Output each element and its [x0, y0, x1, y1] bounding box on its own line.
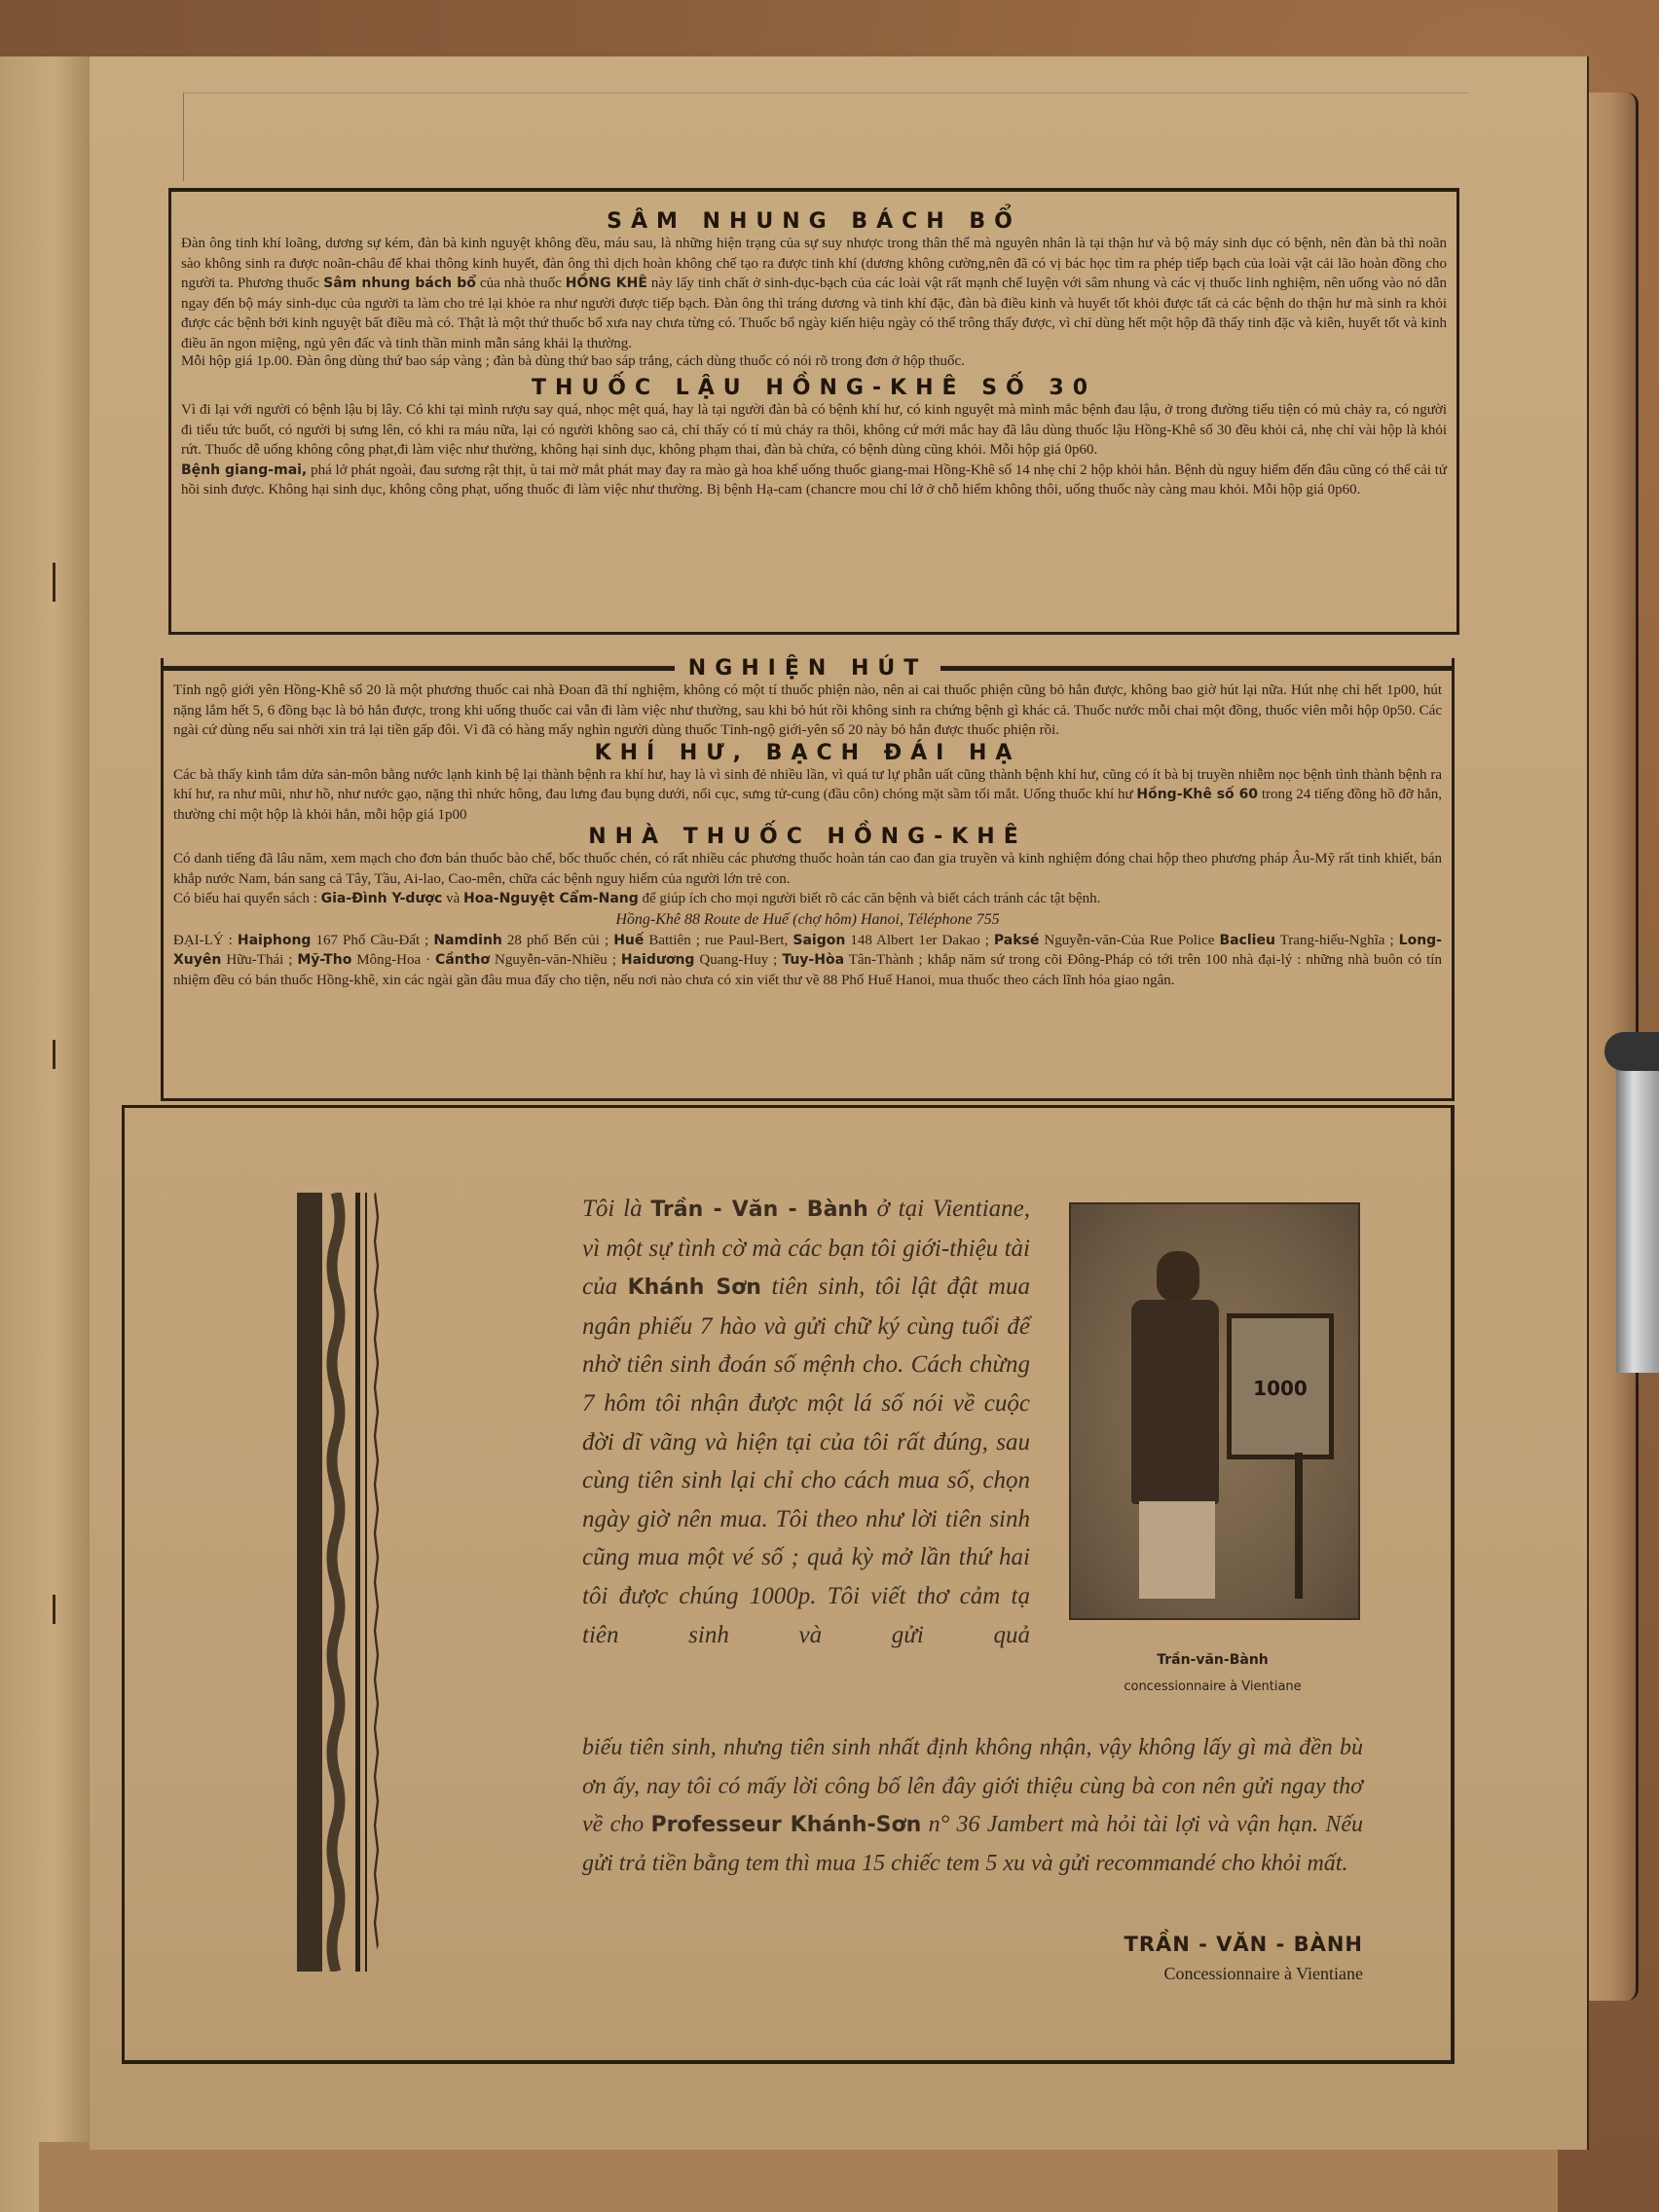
- ad-price-sam-nhung: Mỗi hộp giá 1p.00. Đàn ông dùng thứ bao …: [181, 353, 1447, 370]
- show-through-frame: [183, 92, 1469, 181]
- photo-board-text: 1000: [1232, 1377, 1329, 1400]
- photo-sign-board: 1000: [1227, 1313, 1334, 1459]
- pharmacy-address: Hồng-Khê 88 Route de Huế (chợ hôm) Hanoi…: [164, 911, 1452, 929]
- title-rule: NGHIỆN HÚT: [164, 656, 1452, 681]
- under-page: [39, 2142, 1558, 2212]
- agent-address: 28 phố Bến củi ;: [502, 933, 613, 948]
- agent-address: 148 Albert 1er Dakao ;: [845, 933, 994, 948]
- agent-address: Battiên ; rue Paul-Bert,: [644, 933, 793, 948]
- agent-address: Tân-Thành ;: [844, 952, 927, 968]
- decorative-border-ornament: [297, 1193, 380, 1972]
- agent-address: Nguyễn-văn-Nhiều ;: [490, 952, 621, 968]
- rule-right: [940, 666, 1452, 671]
- signature: TRẦN - VĂN - BÀNH Concessionnaire à Vien…: [974, 1933, 1363, 1984]
- agent-city: Mỹ-Tho: [297, 952, 351, 968]
- ad-title-nha-thuoc: NHÀ THUỐC HỒNG-KHÊ: [164, 825, 1452, 849]
- agent-address: Mông-Hoa ·: [351, 952, 435, 968]
- agent-city: Huế: [613, 933, 644, 948]
- agent-city: Haidương: [621, 952, 695, 968]
- photo-person-legs: [1139, 1501, 1215, 1599]
- ad-body-sam-nhung: Đàn ông tinh khí loãng, dương sự kém, đà…: [181, 234, 1447, 353]
- ad-box-nghien-hut: NGHIỆN HÚT Tỉnh ngộ giới yên Hồng-Khê số…: [161, 658, 1455, 1101]
- ad-body-giang-mai: Bệnh giang-mai, phá lở phát ngoài, đau s…: [181, 461, 1447, 500]
- photo-person-head: [1157, 1251, 1199, 1302]
- agent-address: Trang-hiếu-Nghĩa ;: [1275, 933, 1399, 948]
- ad-title-thuoc-lau: THUỐC LẬU HỒNG-KHÊ SỐ 30: [171, 376, 1456, 400]
- ad-title-sam-nhung: SÂM NHUNG BÁCH BỔ: [171, 209, 1456, 234]
- portrait-photo: 1000: [1069, 1202, 1360, 1620]
- agent-address: 167 Phố Cầu-Đất ;: [311, 933, 433, 948]
- ad-body-khi-hu: Các bà thấy kinh tắm dửa sản-môn bằng nư…: [173, 765, 1442, 826]
- ad-body-thuoc-lau: Vì đi lại với người có bệnh lậu bị lây. …: [181, 400, 1447, 461]
- ad-title-khi-hu: KHÍ HƯ, BẠCH ĐÁI HẠ: [164, 741, 1452, 765]
- photo-caption: Trần-văn-Bành concessionnaire à Vientian…: [1069, 1652, 1356, 1694]
- rule-left: [164, 666, 675, 671]
- agent-city: Saigon: [793, 933, 845, 948]
- agent-address: Hữu-Thái ;: [221, 952, 297, 968]
- agent-list: ĐẠI-LÝ : Haiphong 167 Phố Cầu-Đất ; Namd…: [173, 931, 1442, 991]
- agent-city: Baclieu: [1219, 933, 1274, 948]
- agent-city: Paksé: [994, 933, 1039, 948]
- ad-title-nghien-hut: NGHIỆN HÚT: [688, 656, 927, 681]
- ad-books: Có biếu hai quyển sách : Gia-Đình Y-dược…: [173, 889, 1442, 909]
- agent-city: Cầnthơ: [435, 952, 490, 968]
- testimonial-text: Tôi là Trần - Văn - Bành ở tại Vientiane…: [582, 1190, 1030, 1654]
- agent-city: Haiphong: [238, 933, 312, 948]
- ad-body-nghien-hut: Tỉnh ngộ giới yên Hồng-Khê số 20 là một …: [173, 681, 1442, 741]
- ad-box-sam-nhung: SÂM NHUNG BÁCH BỔ Đàn ông tinh khí loãng…: [168, 188, 1459, 635]
- agent-address: Nguyễn-văn-Của Rue Police: [1039, 933, 1219, 948]
- binder-clip: [1604, 1032, 1659, 1071]
- agent-address: Quang-Huy ;: [694, 952, 782, 968]
- ad-body-nha-thuoc: Có danh tiếng đã lâu năm, xem mạch cho đ…: [173, 849, 1442, 889]
- left-page-edge: [0, 56, 92, 2212]
- photo-person-body: [1131, 1300, 1219, 1504]
- photo-board-stand: [1295, 1453, 1303, 1599]
- agent-city: Tuy-Hòa: [782, 952, 844, 968]
- agent-city: Namdinh: [433, 933, 502, 948]
- pen: [1616, 1051, 1659, 1373]
- testimonial-text-continued: biếu tiên sinh, nhưng tiên sinh nhất địn…: [582, 1729, 1363, 1883]
